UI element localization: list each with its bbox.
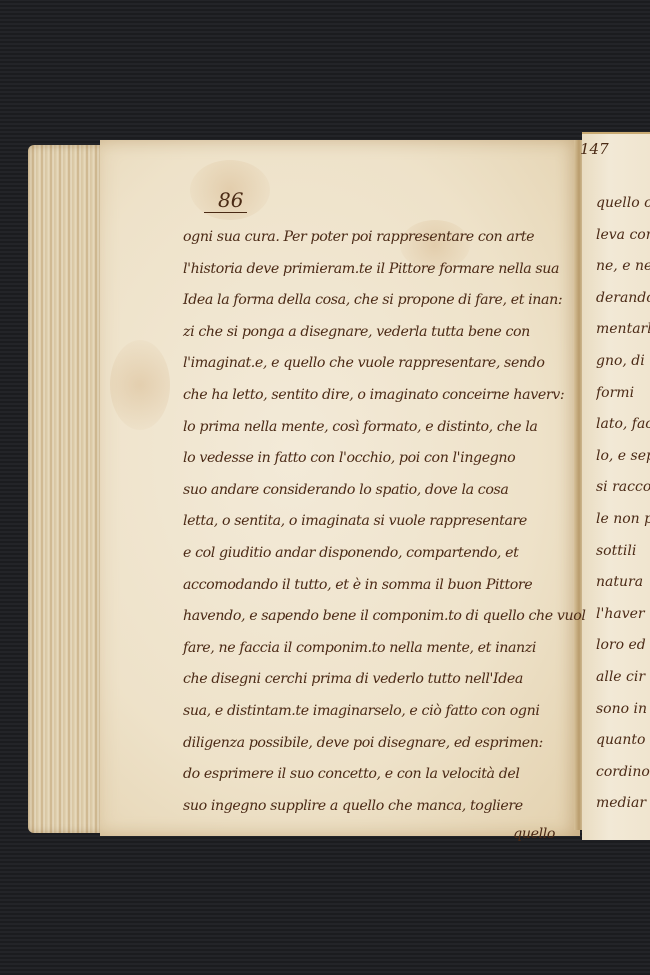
text-line: e col giuditio andar disponendo, compart… <box>183 538 573 570</box>
text-line: si raccom <box>596 472 650 504</box>
text-line: ogni sua cura. Per poter poi rappresenta… <box>183 222 573 254</box>
text-line: quello che <box>596 188 650 220</box>
text-line: leva con <box>596 220 650 252</box>
text-line: fare, ne faccia il componim.to nella men… <box>183 633 573 665</box>
text-line: l'historia deve primieram.te il Pittore … <box>183 254 573 286</box>
text-line: do esprimere il suo concetto, e con la v… <box>183 759 573 791</box>
text-line: gno, di <box>596 346 650 378</box>
left-page-number: 86 <box>204 188 247 213</box>
right-page-text: quello che leva con ne, e ne derando, me… <box>596 188 650 820</box>
text-line: lo vedesse in fatto con l'occhio, poi co… <box>183 443 573 475</box>
text-line: l'haver <box>596 599 650 631</box>
text-line: ne, e ne <box>596 251 650 283</box>
text-line: sottili <box>596 536 650 568</box>
text-line: mediar <box>596 788 650 820</box>
catchword: quello <box>183 822 573 846</box>
foxing-stain <box>110 340 170 430</box>
text-line: lo prima nella mente, così formato, e di… <box>183 412 573 444</box>
text-line: diligenza possibile, deve poi disegnare,… <box>183 728 573 760</box>
text-line: zi che si ponga a disegnare, vederla tut… <box>183 317 573 349</box>
text-line: loro ed <box>596 630 650 662</box>
text-line: letta, o sentita, o imaginata si vuole r… <box>183 506 573 538</box>
text-line: havendo, e sapendo bene il componim.to d… <box>183 601 573 633</box>
text-line: le non p <box>596 504 650 536</box>
text-line: sono in <box>596 694 650 726</box>
text-line: sua, e distintam.te imaginarselo, e ciò … <box>183 696 573 728</box>
text-line: alle cir <box>596 662 650 694</box>
left-page-text: ogni sua cura. Per poter poi rappresenta… <box>183 222 573 846</box>
text-line: lo, e sepa <box>596 441 650 473</box>
text-line: natura <box>596 567 650 599</box>
text-line: mentarlo <box>596 314 650 346</box>
page-edges-stack <box>28 145 103 833</box>
text-line: suo andare considerando lo spatio, dove … <box>183 475 573 507</box>
text-line: cordino <box>596 757 650 789</box>
text-line: formi <box>596 378 650 410</box>
right-page-number: 147 <box>580 140 609 158</box>
text-line: che disegni cerchi prima di vederlo tutt… <box>183 664 573 696</box>
text-line: suo ingegno supplire a quello che manca,… <box>183 791 573 823</box>
text-line: Idea la forma della cosa, che si propone… <box>183 285 573 317</box>
text-line: lato, face <box>596 409 650 441</box>
text-line: derando, <box>596 283 650 315</box>
text-line: l'imaginat.e, e quello che vuole rappres… <box>183 348 573 380</box>
text-line: quanto <box>596 725 650 757</box>
manuscript-book: 86 147 ogni sua cura. Per poter poi rapp… <box>0 0 650 975</box>
text-line: accomodando il tutto, et è in somma il b… <box>183 570 573 602</box>
text-line: che ha letto, sentito dire, o imaginato … <box>183 380 573 412</box>
